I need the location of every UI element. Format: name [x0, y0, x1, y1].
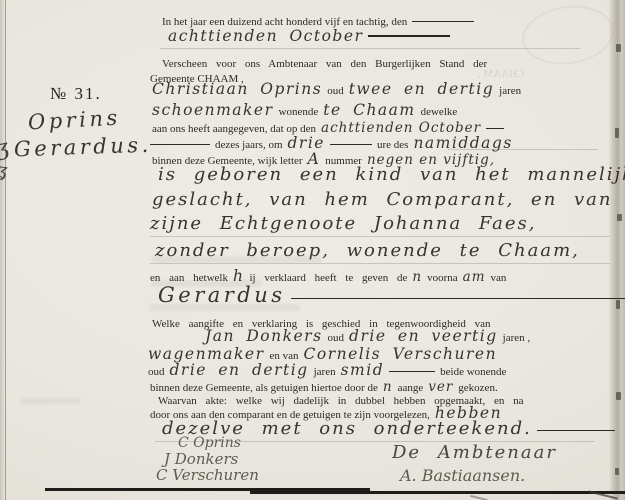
next-record-ink-fragment — [470, 495, 488, 500]
stray-ink-mark: ʓ — [0, 159, 9, 181]
printed-text: jaren — [499, 85, 521, 97]
blank-fill-line — [537, 429, 615, 431]
form-ruling-line — [150, 236, 610, 237]
handwritten-text: achttienden October — [168, 27, 363, 45]
document-line-l06: schoenmakerwonendete Chaamdewelke — [152, 101, 462, 120]
handwritten-text: zijne Echtgenoote Johanna Faes, — [150, 213, 537, 234]
printed-text: jaren — [314, 366, 336, 378]
registrar-name: A. Bastiaansen. — [400, 464, 557, 487]
blank-fill-line — [486, 127, 504, 129]
stamp-bleed-oval — [518, 0, 617, 70]
document-line-l15: Gerardus — [158, 283, 625, 307]
handwritten-text: twee en dertig — [349, 80, 494, 98]
margin-given-name: Gerardus. — [14, 133, 152, 162]
blank-fill-line — [412, 20, 474, 22]
handwritten-text: drie en dertig — [170, 361, 309, 379]
printed-text: beide wonende — [440, 366, 506, 378]
signature-father: C Oprins — [178, 435, 259, 451]
printed-text: oud — [328, 332, 345, 344]
handwritten-text: drie en veertig — [349, 327, 498, 345]
blank-fill-line — [150, 143, 210, 145]
form-ruling-line — [160, 48, 580, 49]
document-line-l10: is geboren een kind van het mannelijk — [158, 164, 625, 185]
printed-text: dewelke — [421, 106, 458, 118]
document-line-l12: zijne Echtgenoote Johanna Faes, — [150, 213, 542, 234]
handwritten-text: Jan Donkers — [205, 327, 323, 345]
printed-text: oud — [327, 85, 344, 97]
margin-surname: Oprins — [27, 106, 121, 135]
document-line-l05: Christiaan Oprinsoudtwee en dertigjaren — [152, 80, 526, 99]
signature-witness-1: J Donkers — [164, 451, 259, 467]
document-line-l11: geslacht, van hem Comparant, en van — [152, 189, 618, 210]
stray-ink-mark: ʒ — [0, 135, 11, 162]
signature-witness-2: C Verschuren — [156, 467, 259, 483]
blank-fill-line — [330, 143, 372, 145]
printed-text: oud — [148, 366, 165, 378]
handwritten-text: geslacht, van hem Comparant, en van — [152, 189, 613, 210]
printed-text: jaren , — [503, 332, 530, 344]
blank-fill-line — [389, 370, 435, 372]
scanned-birth-record: CHAAM , ʒ ʓ № 31. Oprins Gerardus. In he… — [0, 0, 625, 500]
handwritten-text: schoenmaker — [152, 101, 274, 119]
registrar-signature: De Ambtenaar A. Bastiaansen. — [392, 441, 562, 487]
blank-fill-line — [368, 34, 450, 37]
registrar-title: De Ambtenaar — [392, 441, 557, 464]
handwritten-text: te Chaam — [323, 101, 415, 119]
blank-fill-line — [291, 297, 625, 299]
document-line-l17: Jan Donkersouddrie en veertigjaren , — [205, 327, 535, 346]
page-left-edge-line — [5, 0, 6, 500]
document-line-l02: achttienden October — [168, 27, 455, 46]
document-line-l13: zonder beroep, wonende te Chaam, — [155, 240, 585, 261]
witness-signatures: C Oprins J Donkers C Verschuren — [172, 435, 264, 483]
record-number: № 31. — [50, 84, 102, 104]
handwritten-text: is geboren een kind van het mannelijk — [158, 164, 625, 185]
record-closing-line — [250, 491, 625, 494]
bleed-bar — [20, 398, 80, 404]
handwritten-text: Gerardus — [158, 283, 286, 307]
handwritten-text: Christiaan Oprins — [152, 80, 322, 98]
form-ruling-line — [150, 263, 610, 264]
handwritten-text: smid — [341, 361, 385, 379]
handwritten-text: zonder beroep, wonende te Chaam, — [155, 240, 580, 261]
printed-text: wonende — [279, 106, 319, 118]
